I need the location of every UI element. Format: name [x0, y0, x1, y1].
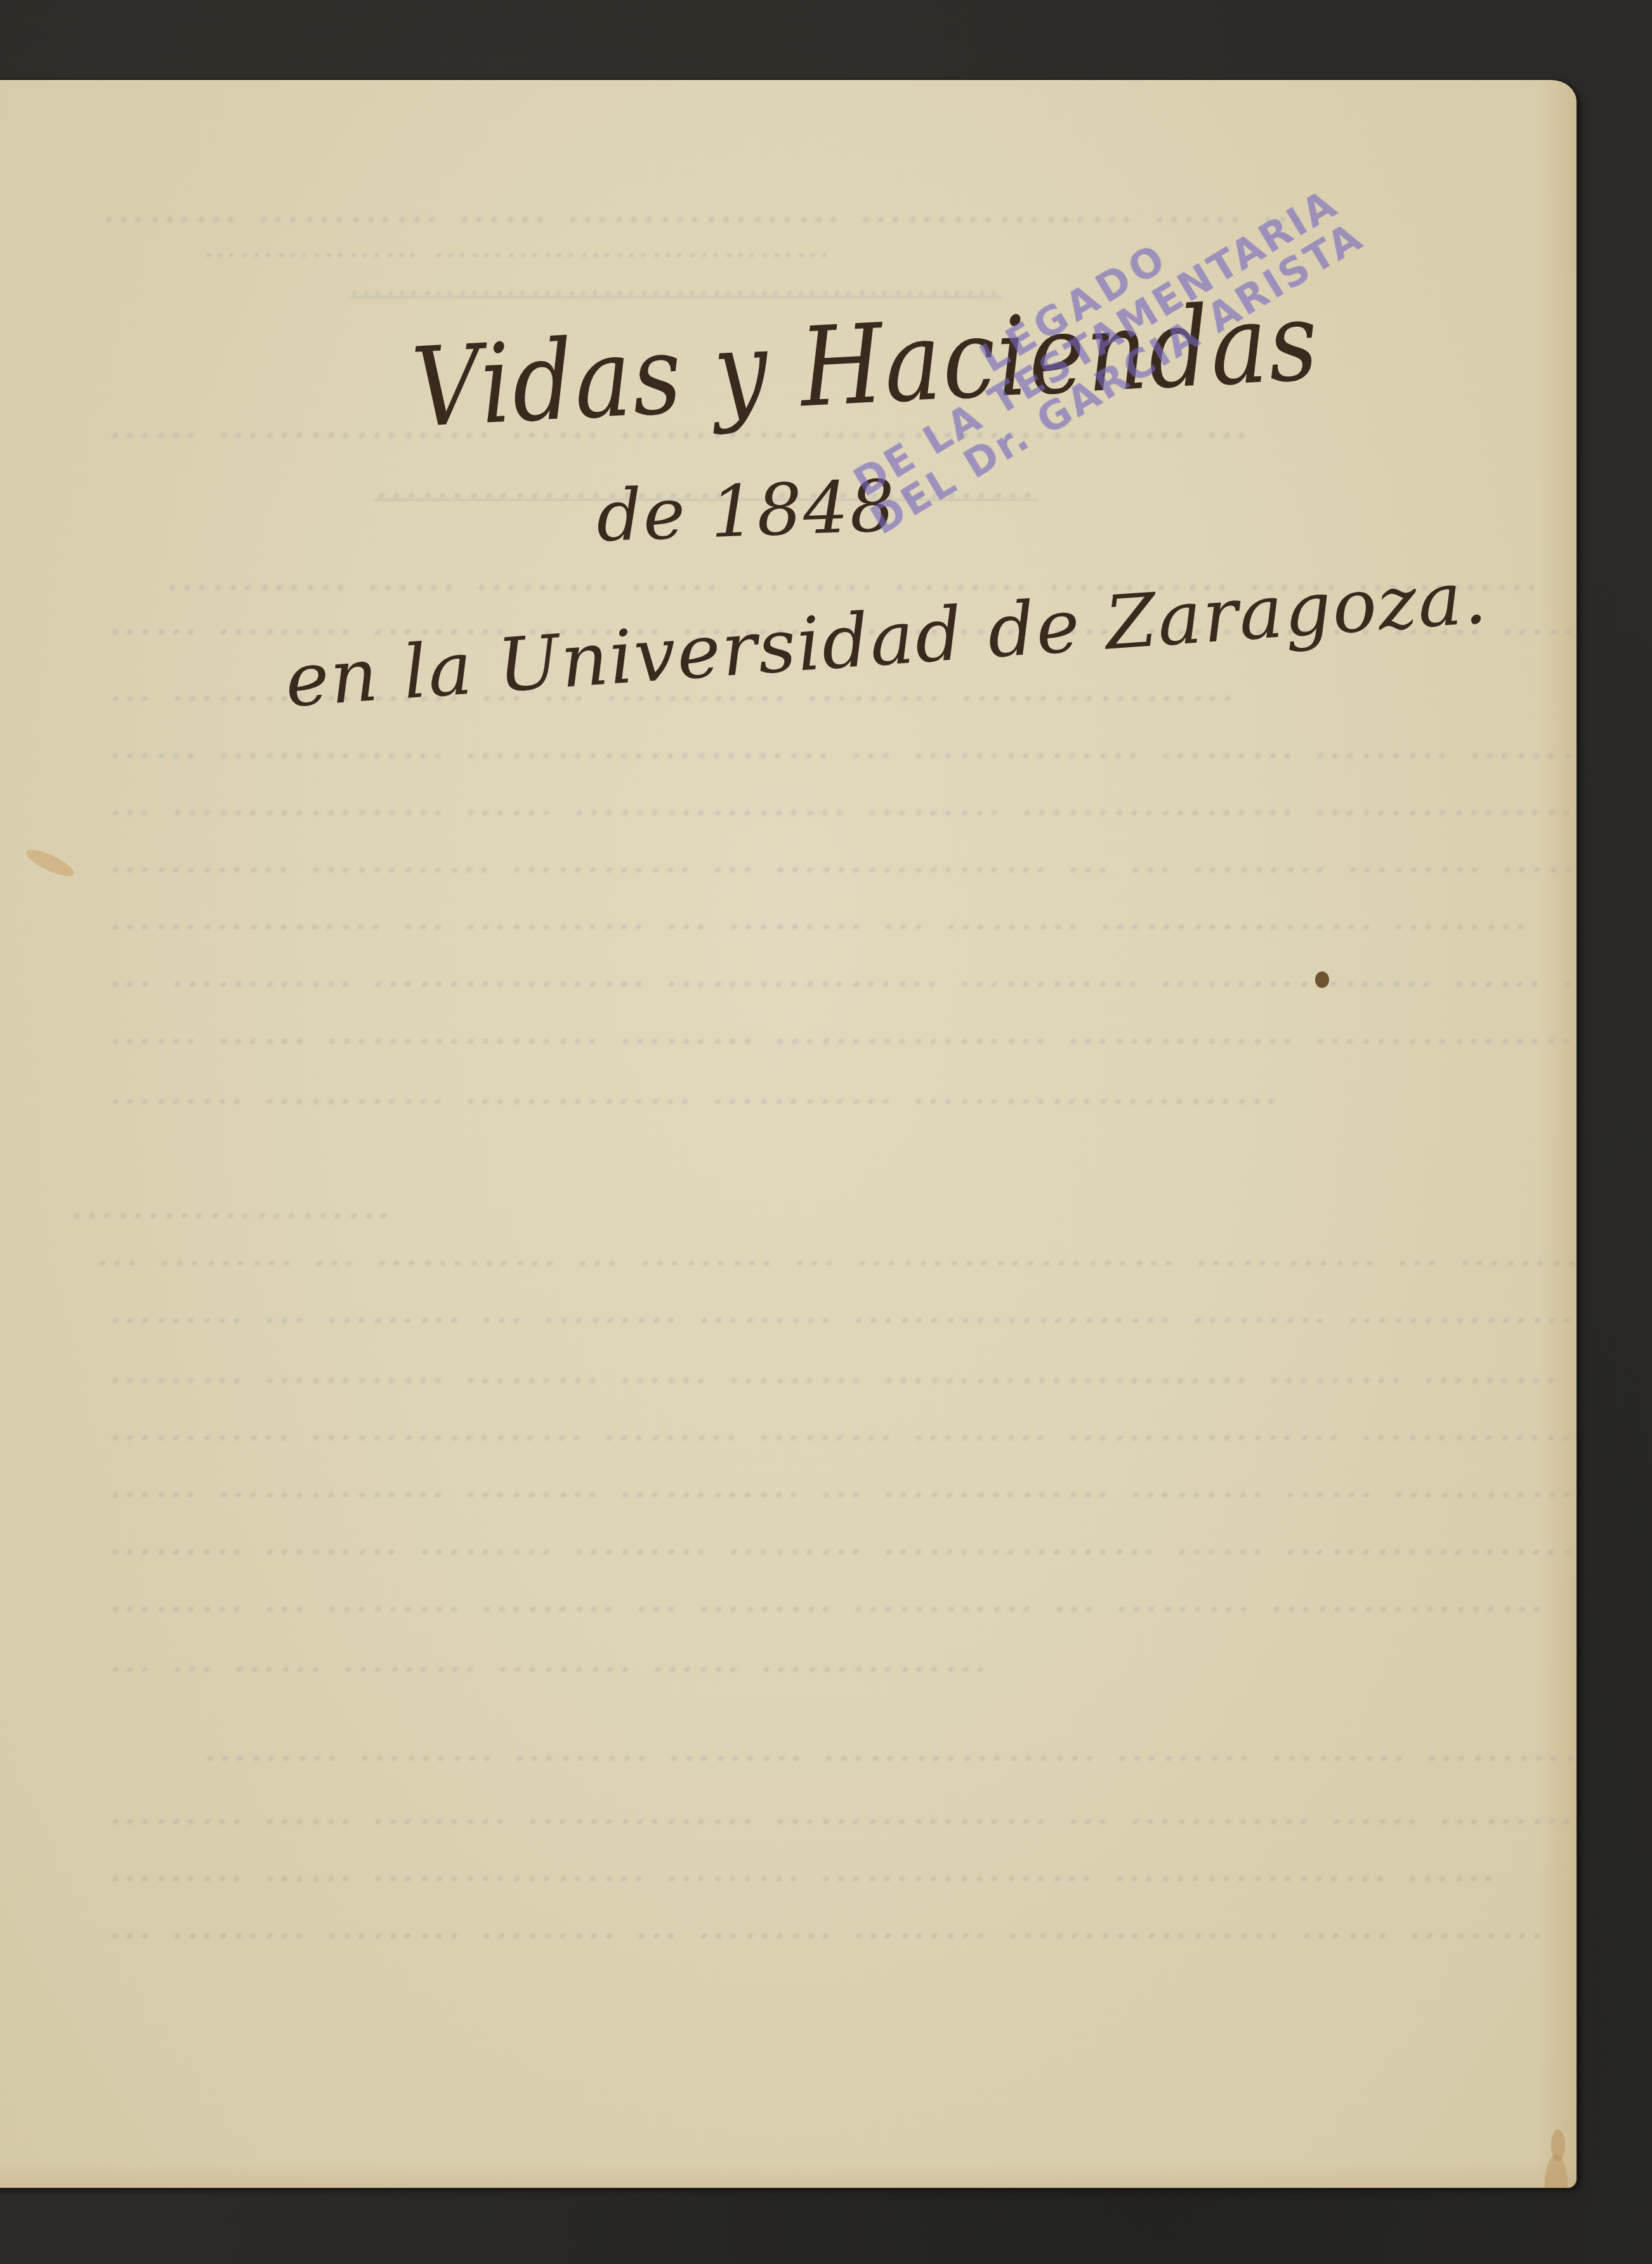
- bleed-line: ……………… ……………………………: [203, 229, 832, 265]
- bleed-line: ……… ………… ……… …… ……… …………………… ……… ……… … ……: [108, 1346, 1577, 1392]
- bleed-line: … ……… ……… ……… … ……… ……… ……………… …… ………: [108, 1901, 1546, 1947]
- bleed-line: …… …………… …………………… … …………… ……… ……… ……………: [108, 721, 1577, 767]
- manuscript-page: ……… ………… …… ……………… ……………… …… … ……………… ………: [0, 80, 1577, 2188]
- bleed-line: … ……… … ………… … ……… … ………………… ………… … ………: [95, 1228, 1577, 1275]
- foxing-stain: [1551, 2129, 1565, 2161]
- bleed-line: ………… ……………… ……… ……… ……… ……………… ……………… … …: [108, 1403, 1577, 1449]
- bleed-line: …… …………… ……… ………… … …………… ……… …… ………………: [108, 1460, 1577, 1506]
- bleed-line: … ……………… …… ……………… ……… ……………… ……………… … …: [108, 778, 1577, 824]
- bleed-line: ……… ……… ……… ……… ……………… ……… ……… ……………: [203, 1723, 1577, 1770]
- bleed-line: ……… … ……… … ……… ……… ………………… ……… ……………… ……: [108, 1286, 1577, 1332]
- bleed-line: … … …… ……… ……… …… ……………: [108, 1635, 990, 1681]
- bleed-line: ……… ………… …………… ………… ……………………: [108, 1067, 1281, 1113]
- bleed-line: ……… … ……… ……… … ……… ………… … ……… ………………: [108, 1574, 1546, 1621]
- bleed-line: ……… ……… ……… ……… ……… ……………… …… ………………… …: [108, 1517, 1577, 1563]
- bleed-line: ……… …… ……… …………… ……………… … ………… …… ………: [108, 1787, 1577, 1833]
- bleed-line: ……… …… ……………… ……… ……………… ……………… ……: [108, 1844, 1498, 1890]
- bleed-line: ………… ………… ………… … ……………… … … ……… ……… ……………: [108, 835, 1577, 881]
- bleed-line: …………………: [70, 1181, 393, 1227]
- bleed-line: … ………… ……………… ……………… ………… ……………… …… ……………: [108, 949, 1577, 996]
- bleed-line: ……… ………… …… ……………… ……………… …… …: [102, 185, 1307, 231]
- bleed-line: …… …… ……………… ……… ……………… …………… ……………………: [108, 1006, 1577, 1053]
- ink-stain: [1315, 971, 1329, 988]
- bleed-line: ……………… … ………… … ……… … ……… ……………… ………: [108, 892, 1530, 938]
- bleed-line: ………………………………………………: [349, 267, 1001, 303]
- foxing-stain: [1545, 2155, 1568, 2188]
